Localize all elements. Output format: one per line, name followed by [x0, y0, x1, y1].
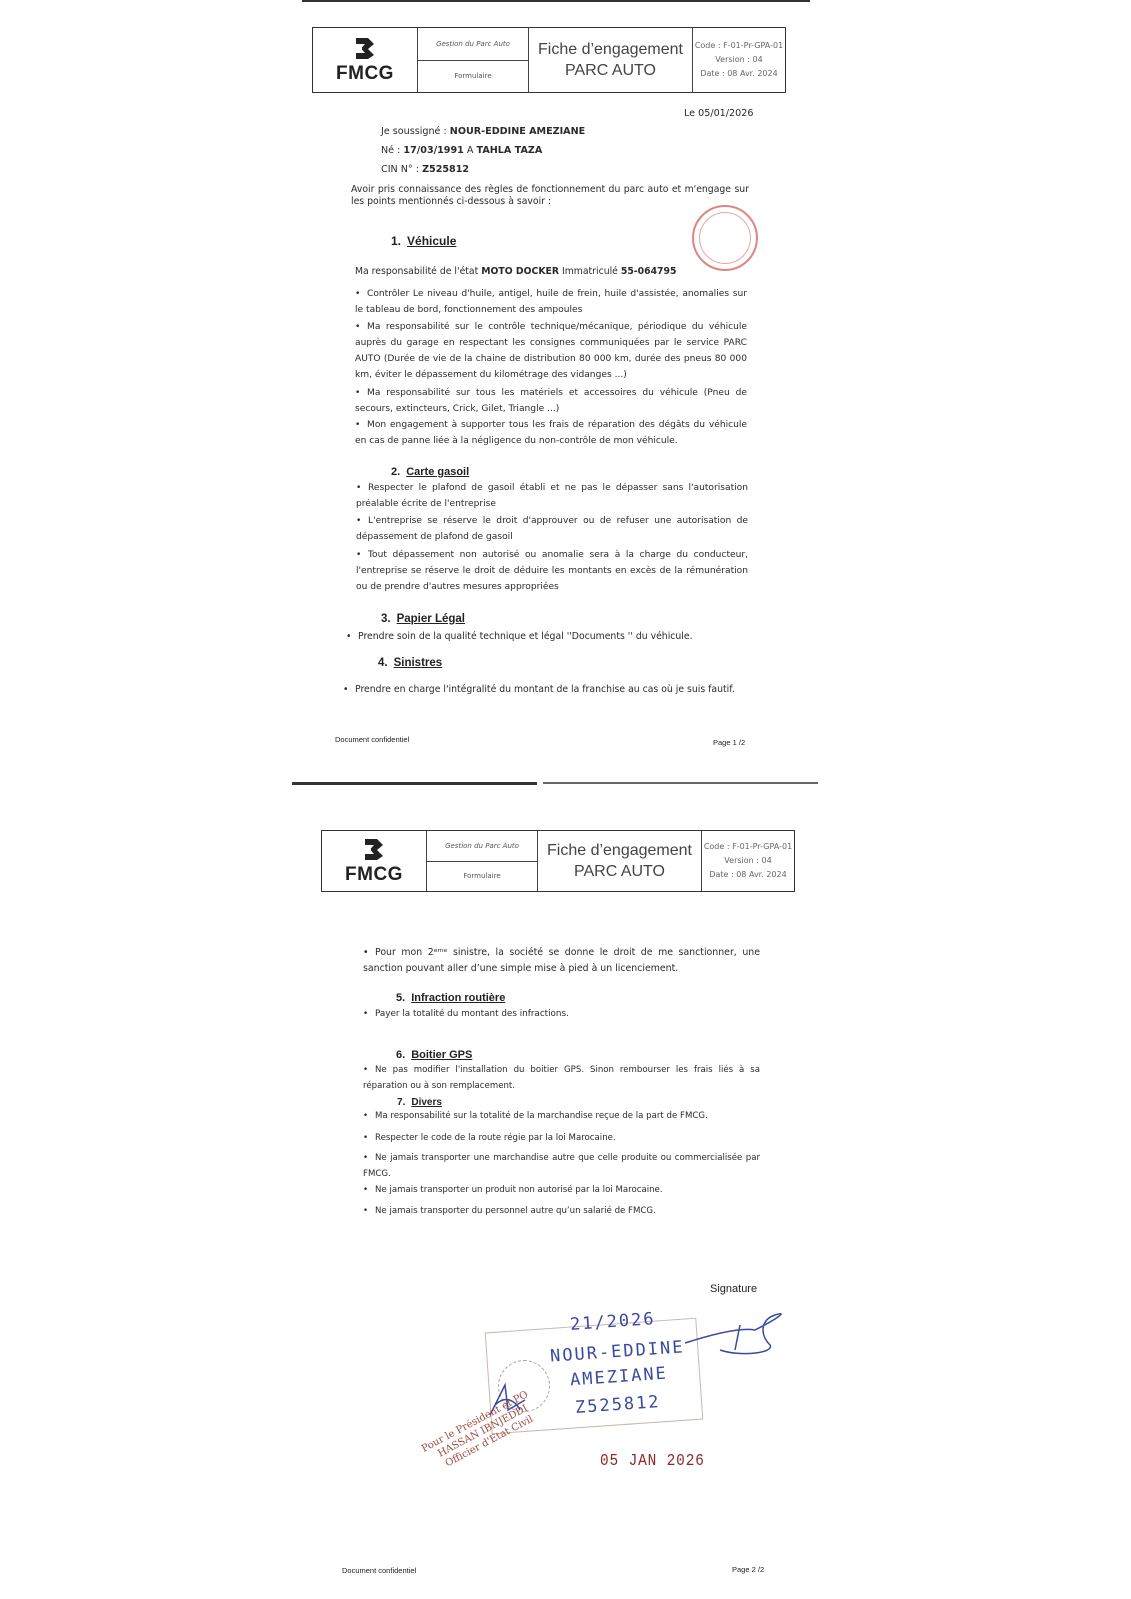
- section-gasoil-heading: 2.Carte gasoil: [391, 466, 469, 478]
- bullet-text: Ma responsabilité sur le contrôle techni…: [355, 322, 747, 380]
- page-separator-left: [292, 782, 537, 785]
- brand-name: FMCG: [336, 63, 394, 85]
- bullet-item: •Mon engagement à supporter tous les fra…: [355, 417, 747, 449]
- bullet-icon: •: [363, 945, 375, 961]
- bullet-item: •Ma responsabilité sur le contrôle techn…: [355, 319, 747, 383]
- signature-scribble-icon: [680, 1305, 790, 1365]
- identity-name-line: Je soussigné : NOUR-EDDINE AMEZIANE: [381, 124, 585, 141]
- letter-date: Le 05/01/2026: [684, 106, 753, 123]
- doc-subtitle: PARC AUTO: [574, 861, 665, 882]
- section-number: 4.: [378, 657, 388, 669]
- department-label: Gestion du Parc Auto: [427, 831, 537, 861]
- bullet-item: •Tout dépassement non autorisé ou anomal…: [356, 547, 748, 595]
- section-papier-heading: 3.Papier Légal: [381, 613, 465, 625]
- bullet-item: •Payer la totalité du montant des infrac…: [363, 1006, 763, 1022]
- page-top-edge: [302, 0, 810, 2]
- employee-name: NOUR-EDDINE AMEZIANE: [450, 126, 585, 137]
- section-number: 2.: [391, 466, 400, 478]
- doc-type-label: Formulaire: [427, 861, 537, 892]
- cin-number: Z525812: [422, 164, 469, 175]
- birth-label: Né :: [381, 145, 403, 156]
- bullet-text: Respecter le plafond de gasoil établi et…: [356, 483, 748, 509]
- bullet-item: •Ma responsabilité sur tous les matériel…: [355, 385, 747, 417]
- brand-logo: FMCG: [322, 831, 427, 891]
- department-label: Gestion du Parc Auto: [418, 28, 528, 60]
- section-number: 3.: [381, 613, 391, 625]
- doc-date: Date : 08 Avr. 2024: [709, 868, 786, 882]
- bullet-icon: •: [356, 480, 368, 496]
- signature-label: Signature: [710, 1283, 757, 1295]
- bullet-icon: •: [355, 417, 367, 433]
- bullet-item: •L'entreprise se réserve le droit d'appr…: [356, 513, 748, 545]
- bullet-text: Payer la totalité du montant des infract…: [375, 1009, 569, 1019]
- bullet-icon: •: [363, 1150, 375, 1166]
- section-title: Véhicule: [407, 234, 456, 248]
- bullet-text: Ma responsabilité sur tous les matériels…: [355, 388, 747, 414]
- section-title: Sinistres: [394, 657, 443, 669]
- bullet-text: Prendre soin de la qualité technique et …: [358, 631, 693, 642]
- bullet-item: •Prendre en charge l'intégralité du mont…: [343, 682, 753, 698]
- bullet-icon: •: [356, 547, 368, 563]
- bullet-icon: •: [343, 682, 355, 698]
- lead-prefix: Ma responsabilité de l'état: [355, 266, 481, 277]
- identity-cin-line: CIN N° : Z525812: [381, 162, 469, 179]
- document-header: FMCG Gestion du Parc Auto Formulaire Fic…: [312, 27, 786, 93]
- date-stamp: 05 JAN 2026: [600, 1452, 705, 1471]
- bullet-item: •Prendre soin de la qualité technique et…: [346, 629, 746, 645]
- section-title: Infraction routière: [411, 992, 505, 1004]
- doc-code: Code : F-01-Pr-GPA-01: [695, 39, 783, 53]
- sinistre-continuation: •Pour mon 2ᵉᵐᵉ sinistre, la société se d…: [363, 945, 760, 977]
- bullet-icon: •: [355, 319, 367, 335]
- section-infraction-heading: 5.Infraction routière: [396, 992, 505, 1004]
- bullet-text: Ne pas modifier l'installation du boitie…: [363, 1065, 760, 1091]
- section-title: Carte gasoil: [406, 466, 469, 478]
- bullet-text: Pour mon 2ᵉᵐᵉ sinistre, la société se do…: [363, 947, 760, 974]
- bullet-text: Contrôler Le niveau d'huile, antigel, hu…: [355, 289, 747, 315]
- bullet-icon: •: [363, 1108, 375, 1124]
- section-number: 5.: [396, 992, 405, 1004]
- bullet-text: Ne jamais transporter une marchandise au…: [363, 1153, 760, 1179]
- bullet-text: Tout dépassement non autorisé ou anomali…: [356, 550, 748, 592]
- bullet-icon: •: [346, 629, 358, 645]
- bullet-item: •Respecter le code de la route régie par…: [363, 1130, 760, 1146]
- bullet-icon: •: [363, 1203, 375, 1219]
- birth-date: 17/03/1991: [403, 145, 463, 156]
- bullet-text: Prendre en charge l'intégralité du monta…: [355, 684, 735, 695]
- company-stamp: [692, 205, 758, 271]
- doc-type-label: Formulaire: [418, 60, 528, 93]
- bullet-text: Ne jamais transporter un produit non aut…: [375, 1185, 663, 1195]
- soussigne-label: Je soussigné :: [381, 126, 450, 137]
- section-number: 1.: [391, 234, 401, 248]
- doc-subtitle: PARC AUTO: [565, 60, 656, 81]
- cin-label: CIN N° :: [381, 164, 422, 175]
- bullet-text: Ma responsabilité sur la totalité de la …: [375, 1111, 708, 1121]
- bullet-item: •Respecter le plafond de gasoil établi e…: [356, 480, 748, 512]
- bullet-item: •Contrôler Le niveau d'huile, antigel, h…: [355, 286, 747, 318]
- vehicle-plate: 55-064795: [621, 266, 677, 277]
- bullet-icon: •: [363, 1182, 375, 1198]
- bullet-item: •Ne jamais transporter un produit non au…: [363, 1182, 760, 1198]
- doc-version: Version : 04: [715, 53, 762, 67]
- bullet-icon: •: [355, 286, 367, 302]
- doc-title: Fiche d’engagement: [538, 39, 683, 60]
- vehicle-model: MOTO DOCKER: [481, 266, 559, 277]
- footer-confidential: Document confidentiel: [335, 735, 409, 744]
- doc-version: Version : 04: [724, 854, 771, 868]
- section-gps-heading: 6.Boitier GPS: [396, 1049, 472, 1061]
- bullet-text: L'entreprise se réserve le droit d'appro…: [356, 516, 748, 542]
- bullet-item: •Ne pas modifier l'installation du boiti…: [363, 1062, 760, 1094]
- bullet-text: Respecter le code de la route régie par …: [375, 1133, 616, 1143]
- bullet-icon: •: [363, 1130, 375, 1146]
- section-number: 7.: [397, 1097, 405, 1108]
- section-number: 6.: [396, 1049, 405, 1061]
- section-title: Papier Légal: [397, 613, 465, 625]
- birth-place: TAHLA TAZA: [477, 145, 543, 156]
- lead-mid: Immatriculé: [559, 266, 621, 277]
- doc-title: Fiche d’engagement: [547, 840, 692, 861]
- bullet-icon: •: [363, 1006, 375, 1022]
- section-sinistres-heading: 4.Sinistres: [378, 657, 442, 669]
- brand-name: FMCG: [345, 864, 403, 886]
- bullet-item: •Ma responsabilité sur la totalité de la…: [363, 1108, 760, 1124]
- footer-page-number: Page 2 /2: [732, 1565, 764, 1574]
- bullet-icon: •: [363, 1062, 375, 1078]
- doc-code: Code : F-01-Pr-GPA-01: [704, 840, 792, 854]
- page-separator-right: [543, 782, 818, 784]
- brand-logo: FMCG: [313, 28, 418, 92]
- footer-confidential: Document confidentiel: [342, 1566, 416, 1575]
- doc-date: Date : 08 Avr. 2024: [700, 67, 777, 81]
- section-title: Divers: [411, 1097, 442, 1108]
- bullet-icon: •: [356, 513, 368, 529]
- fmcg-arrow-icon: [361, 836, 387, 862]
- bullet-text: Mon engagement à supporter tous les frai…: [355, 420, 747, 446]
- fmcg-arrow-icon: [352, 35, 378, 61]
- footer-page-number: Page 1 /2: [713, 738, 745, 747]
- document-header-page2: FMCG Gestion du Parc Auto Formulaire Fic…: [321, 830, 795, 892]
- intro-paragraph: Avoir pris connaissance des règles de fo…: [351, 184, 749, 208]
- identity-birth-line: Né : 17/03/1991 A TAHLA TAZA: [381, 143, 542, 160]
- vehicle-responsibility-line: Ma responsabilité de l'état MOTO DOCKER …: [355, 264, 676, 281]
- bullet-item: •Ne jamais transporter une marchandise a…: [363, 1150, 760, 1182]
- bullet-icon: •: [355, 385, 367, 401]
- section-divers-heading: 7.Divers: [397, 1097, 442, 1108]
- bullet-item: •Ne jamais transporter du personnel autr…: [363, 1203, 760, 1219]
- section-title: Boitier GPS: [411, 1049, 472, 1061]
- bullet-text: Ne jamais transporter du personnel autre…: [375, 1206, 656, 1216]
- section-vehicule-heading: 1.Véhicule: [391, 234, 456, 248]
- birth-at: A: [464, 145, 477, 156]
